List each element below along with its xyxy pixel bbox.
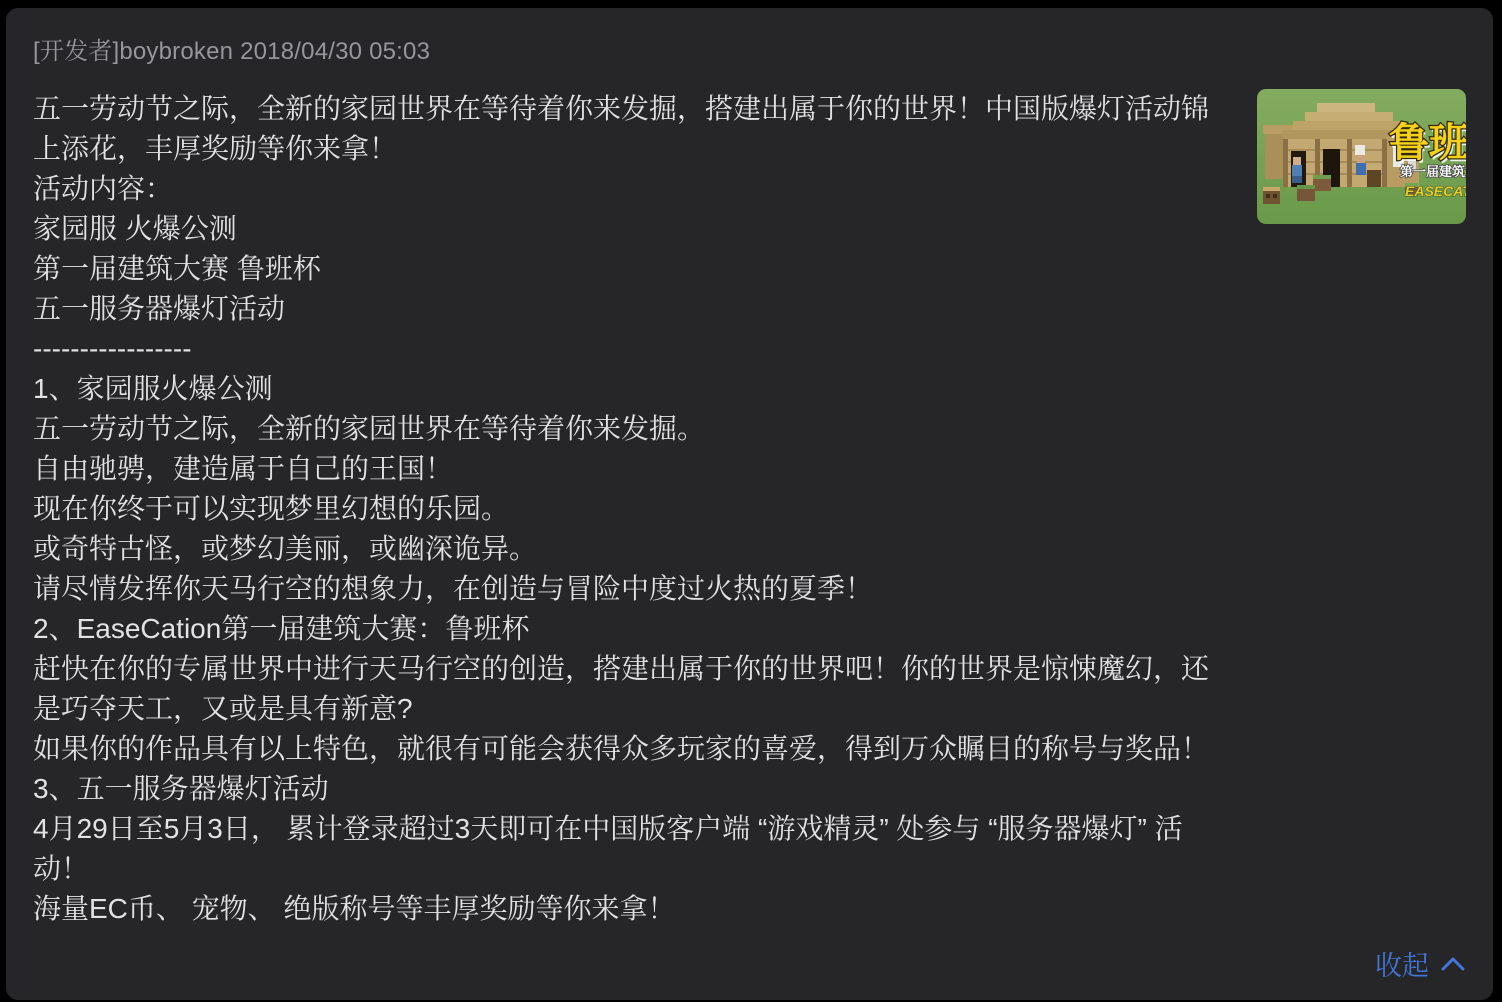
post-thumbnail[interactable]: 鲁班杯 鲁班杯 第一届建筑大赛 EASECATION: [1257, 89, 1466, 224]
body-line: 2、EaseCation第一届建筑大赛：鲁班杯: [33, 609, 1211, 649]
collapse-button[interactable]: 收起: [1375, 944, 1466, 983]
banner-title: 鲁班杯: [1389, 121, 1466, 165]
body-line: 自由驰骋，建造属于自己的王国！: [33, 449, 1211, 489]
body-line: 现在你终于可以实现梦里幻想的乐园。: [33, 489, 1211, 529]
body-line: 海量EC币、 宠物、 绝版称号等丰厚奖励等你来拿！: [33, 889, 1211, 929]
body-line: 五一服务器爆灯活动: [33, 289, 1211, 329]
body-line: 或奇特古怪，或梦幻美丽，或幽深诡异。: [33, 529, 1211, 569]
body-line: 如果你的作品具有以上特色，就很有可能会获得众多玩家的喜爱，得到万众瞩目的称号与奖…: [33, 729, 1211, 769]
collapse-label: 收起: [1375, 944, 1429, 983]
minecraft-banner-image: 鲁班杯 鲁班杯 第一届建筑大赛 EASECATION: [1257, 89, 1466, 224]
body-line: 1、家园服火爆公测: [33, 369, 1211, 409]
body-line: 3、五一服务器爆灯活动: [33, 769, 1211, 809]
banner-brand-logo: EASECATION: [1405, 183, 1466, 199]
banner-subtitle: 第一届建筑大赛: [1400, 164, 1466, 179]
post-body: 五一劳动节之际，全新的家园世界在等待着你来发掘，搭建出属于你的世界！中国版爆灯活…: [33, 89, 1211, 929]
body-line: 4月29日至5月3日， 累计登录超过3天即可在中国版客户端 “游戏精灵” 处参与…: [33, 809, 1211, 889]
body-line: 家园服 火爆公测: [33, 209, 1211, 249]
post-card: [开发者]boybroken 2018/04/30 05:03 五一劳动节之际，…: [6, 8, 1493, 1000]
body-line: 第一届建筑大赛 鲁班杯: [33, 249, 1211, 289]
body-line: 五一劳动节之际，全新的家园世界在等待着你来发掘，搭建出属于你的世界！中国版爆灯活…: [33, 89, 1211, 169]
post-footer: 收起: [33, 944, 1466, 1002]
body-line: 五一劳动节之际，全新的家园世界在等待着你来发掘。: [33, 409, 1211, 449]
post-content: 五一劳动节之际，全新的家园世界在等待着你来发掘，搭建出属于你的世界！中国版爆灯活…: [33, 89, 1466, 929]
body-line: 请尽情发挥你天马行空的想象力，在创造与冒险中度过火热的夏季！: [33, 569, 1211, 609]
post-author-line: [开发者]boybroken 2018/04/30 05:03: [33, 38, 1466, 66]
chevron-up-icon: [1440, 955, 1466, 972]
body-line: -----------------: [33, 329, 1211, 369]
body-line: 活动内容：: [33, 169, 1211, 209]
body-line: 赶快在你的专属世界中进行天马行空的创造，搭建出属于你的世界吧！你的世界是惊悚魔幻…: [33, 649, 1211, 729]
